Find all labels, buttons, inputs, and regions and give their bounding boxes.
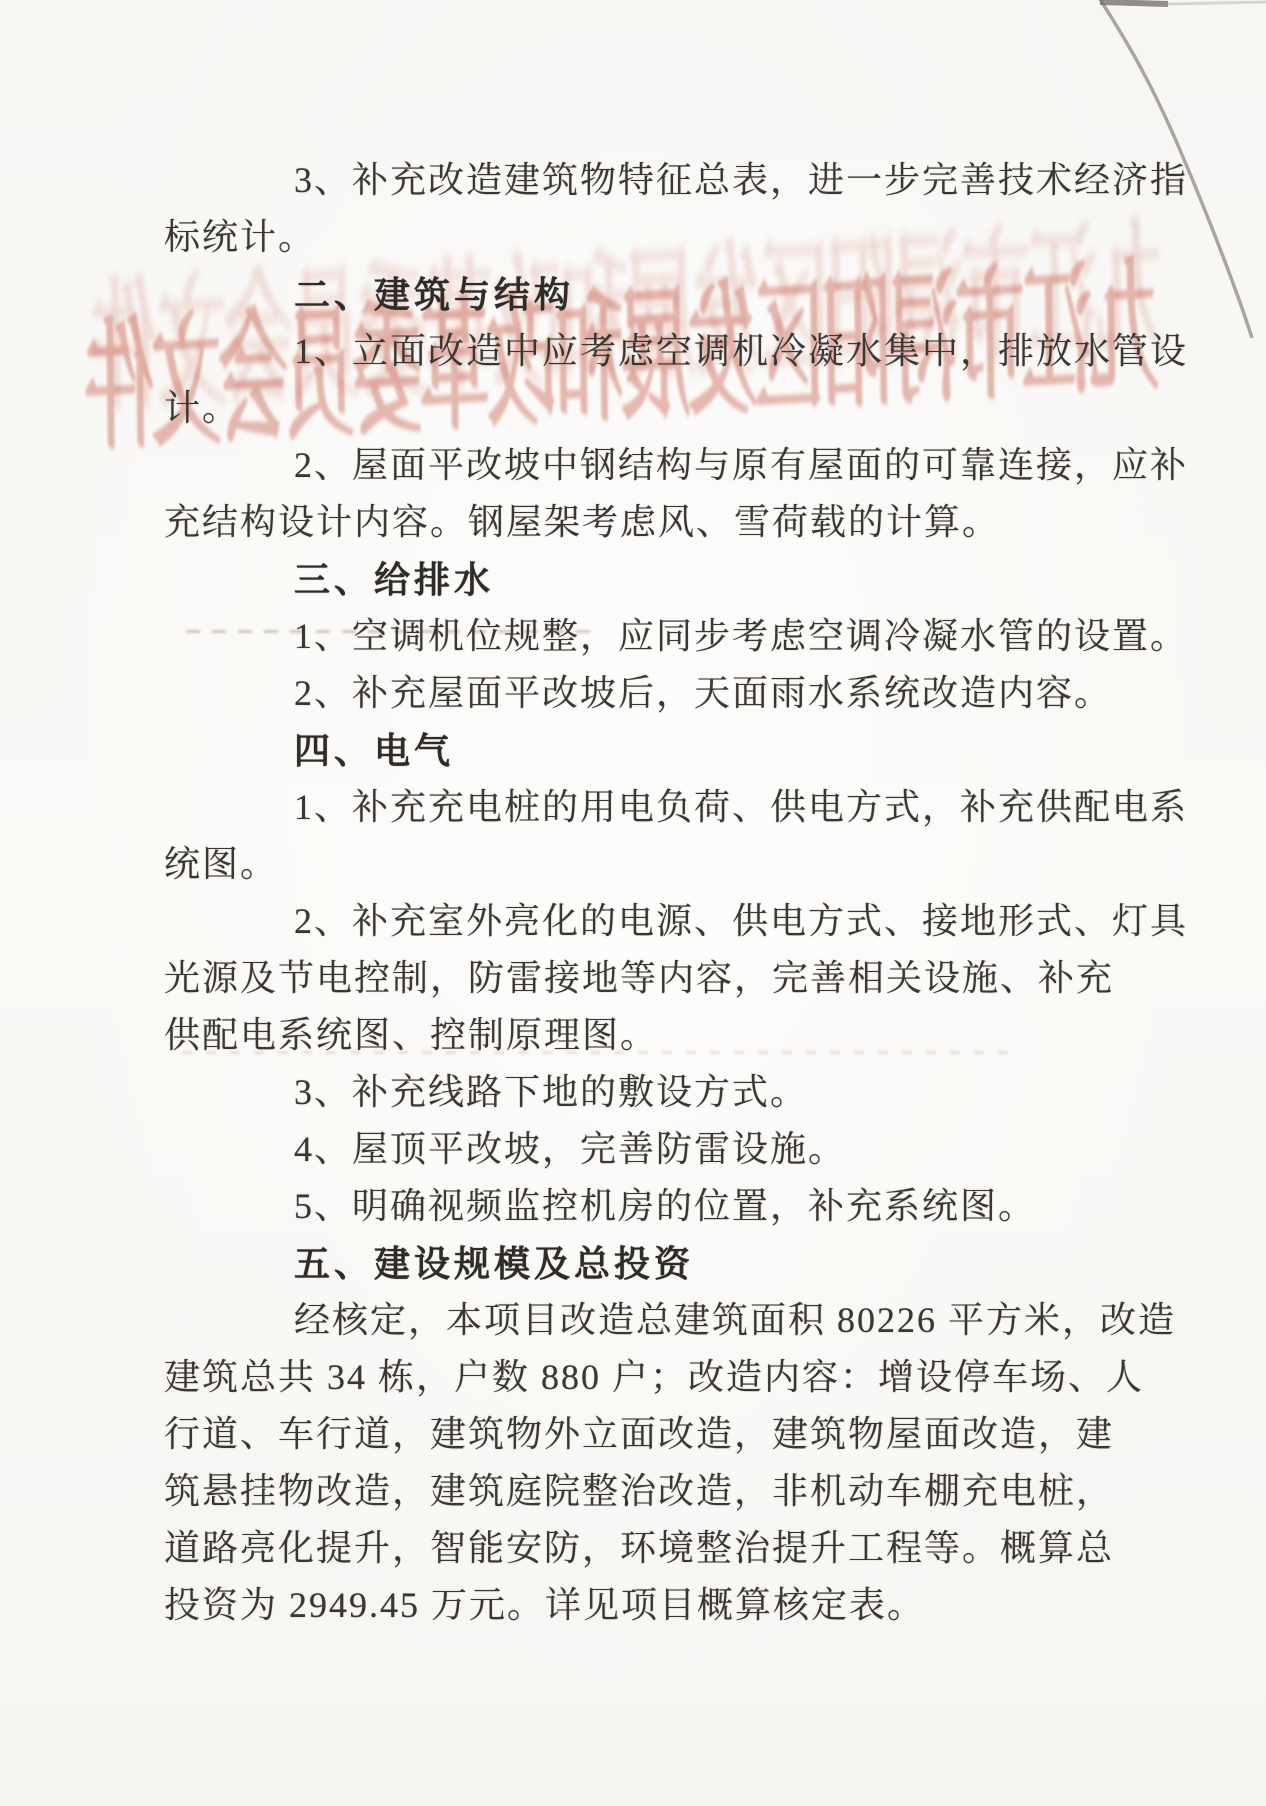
text-line: 光源及节电控制，防雷接地等内容，完善相关设施、补充 <box>164 950 1174 1007</box>
text-line: 筑悬挂物改造，建筑庭院整治改造，非机动车棚充电桩， <box>164 1463 1174 1520</box>
scanned-document-page: 九江市浔阳区发展和改革委员会文件 九江市浔阳区发展和改革委员会文件 3、补充改造… <box>0 0 1266 1806</box>
text-line: 1、立面改造中应考虑空调机冷凝水集中，排放水管设 <box>164 323 1174 380</box>
text-line: 3、补充线路下地的敷设方式。 <box>164 1064 1174 1121</box>
text-line: 计。 <box>164 380 1174 437</box>
text-line: 经核定，本项目改造总建筑面积 80226 平方米，改造 <box>164 1292 1174 1349</box>
text-line: 供配电系统图、控制原理图。 <box>164 1007 1174 1064</box>
text-line: 统图。 <box>164 836 1174 893</box>
text-line: 投资为 2949.45 万元。详见项目概算核定表。 <box>164 1577 1174 1634</box>
text-line: 建筑总共 34 栋，户数 880 户；改造内容：增设停车场、人 <box>164 1349 1174 1406</box>
text-line: 道路亮化提升，智能安防，环境整治提升工程等。概算总 <box>164 1520 1174 1577</box>
text-line: 充结构设计内容。钢屋架考虑风、雪荷载的计算。 <box>164 494 1174 551</box>
text-line: 5、明确视频监控机房的位置，补充系统图。 <box>164 1178 1174 1235</box>
text-line: 标统计。 <box>164 209 1174 266</box>
text-line: 2、补充室外亮化的电源、供电方式、接地形式、灯具 <box>164 893 1174 950</box>
section-heading: 三、给排水 <box>164 551 1174 608</box>
text-line: 1、补充充电桩的用电负荷、供电方式，补充供配电系 <box>164 779 1174 836</box>
text-line: 2、屋面平改坡中钢结构与原有屋面的可靠连接，应补 <box>164 437 1174 494</box>
section-heading: 四、电气 <box>164 722 1174 779</box>
document-body: 3、补充改造建筑物特征总表，进一步完善技术经济指标统计。二、建筑与结构1、立面改… <box>164 152 1174 1634</box>
text-line: 4、屋顶平改坡，完善防雷设施。 <box>164 1121 1174 1178</box>
text-line: 1、空调机位规整，应同步考虑空调冷凝水管的设置。 <box>164 608 1174 665</box>
text-line: 3、补充改造建筑物特征总表，进一步完善技术经济指 <box>164 152 1174 209</box>
section-heading: 五、建设规模及总投资 <box>164 1235 1174 1292</box>
section-heading: 二、建筑与结构 <box>164 266 1174 323</box>
text-line: 行道、车行道，建筑物外立面改造，建筑物屋面改造，建 <box>164 1406 1174 1463</box>
text-line: 2、补充屋面平改坡后，天面雨水系统改造内容。 <box>164 665 1174 722</box>
